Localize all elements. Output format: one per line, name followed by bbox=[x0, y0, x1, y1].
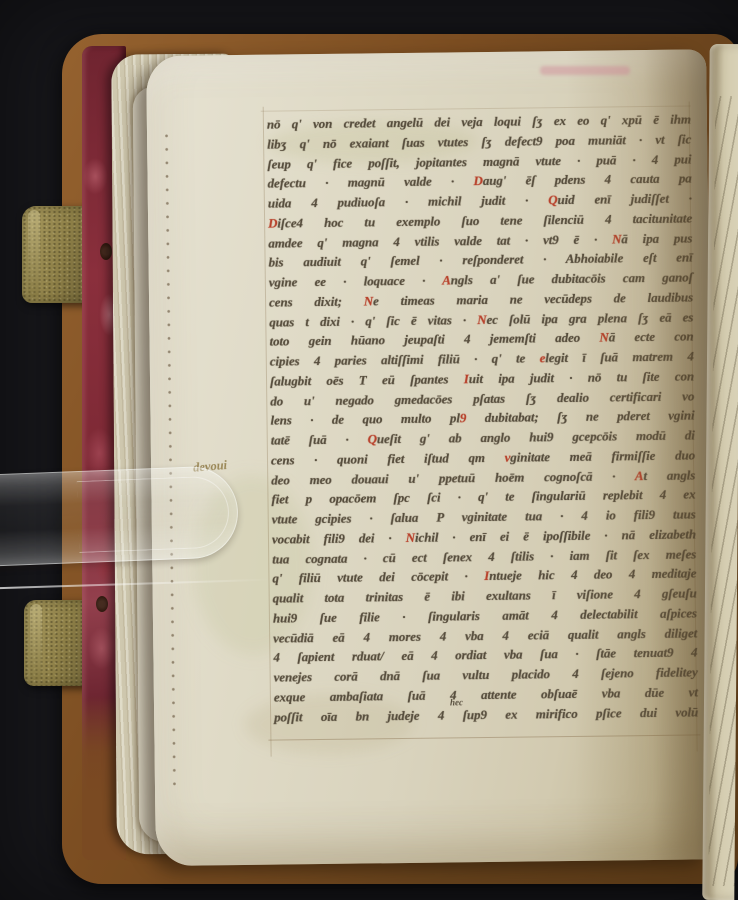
manuscript-photo: nō q' von credet angelū dei veja loqui ſ… bbox=[0, 0, 738, 900]
top-edge-pink-stain bbox=[540, 66, 630, 75]
rubric-initial: N bbox=[477, 311, 486, 326]
clasp-nail-top bbox=[100, 243, 112, 260]
parchment-page: nō q' von credet angelū dei veja loqui ſ… bbox=[146, 49, 716, 866]
facing-page-text bbox=[708, 96, 738, 886]
gutter-shadow bbox=[566, 49, 716, 861]
rubric-initial: D bbox=[473, 173, 482, 188]
rubric-initial: Q bbox=[367, 431, 376, 446]
rubric-initial: N bbox=[364, 293, 373, 308]
interlinear-note: hec bbox=[450, 697, 463, 707]
pricking-dots bbox=[165, 134, 176, 786]
glass-weight bbox=[0, 465, 240, 567]
facing-page-sliver bbox=[702, 44, 738, 900]
rubric-initial: N bbox=[406, 530, 415, 545]
rubric-initial: A bbox=[442, 272, 451, 287]
clasp-nail-bottom bbox=[96, 596, 108, 612]
rubric-initial: Q bbox=[548, 192, 557, 207]
